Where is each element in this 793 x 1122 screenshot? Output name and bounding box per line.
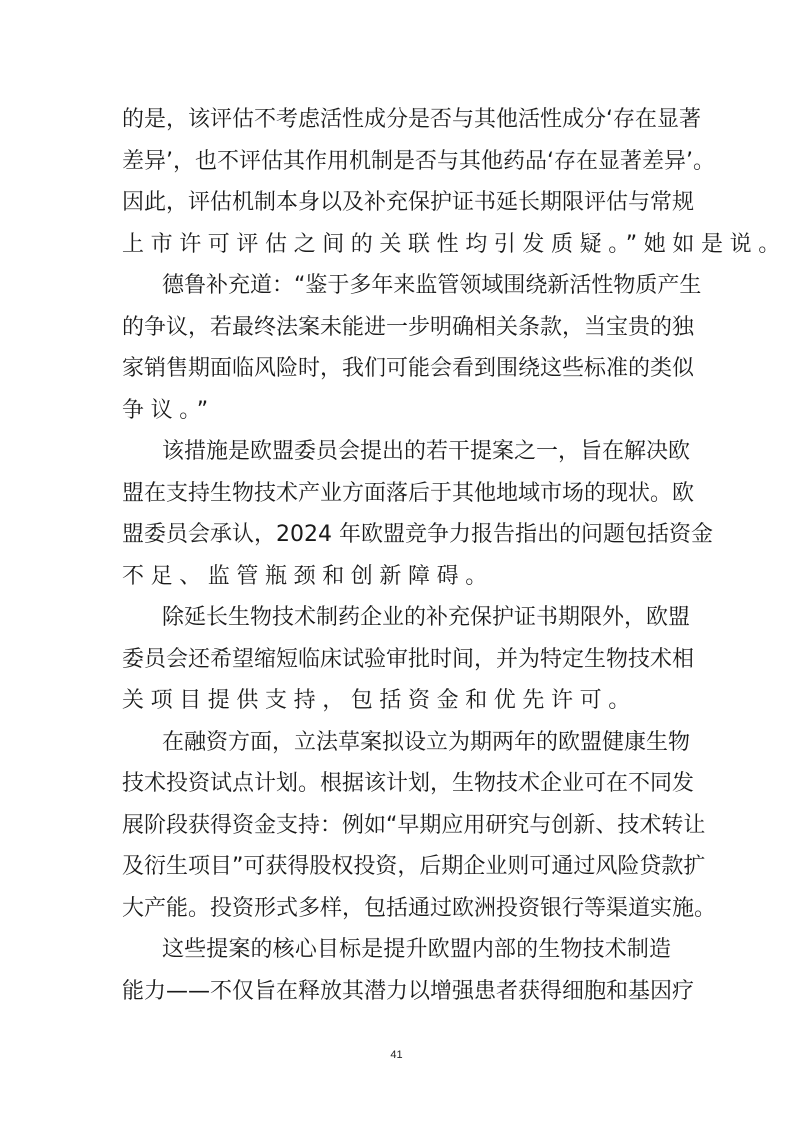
text-line: 除延长生物技术制药企业的补充保护证书期限外，欧盟 (122, 597, 671, 639)
text-line: 技术投资试点计划。根据该计划，生物技术企业可在不同发 (122, 763, 671, 805)
text-line: 及衍生项目”可获得股权投资，后期企业则可通过风险贷款扩 (122, 846, 671, 888)
text-line: 大产能。投资形式多样，包括通过欧洲投资银行等渠道实施。 (122, 888, 671, 930)
text-line: 的争议，若最终法案未能进一步明确相关条款，当宝贵的独 (122, 307, 671, 349)
paragraph-5: 在融资方面，立法草案拟设立为期两年的欧盟健康生物 技术投资试点计划。根据该计划，… (122, 722, 671, 930)
text-line: 盟委员会承认，2024 年欧盟竞争力报告指出的问题包括资金 (122, 514, 671, 556)
paragraph-6: 这些提案的核心目标是提升欧盟内部的生物技术制造 能力——不仅旨在释放其潜力以增强… (122, 929, 671, 1012)
text-line: 关项目提供支持，包括资金和优先许可。 (122, 680, 671, 722)
text-line: 盟在支持生物技术产业方面落后于其他地域市场的现状。欧 (122, 473, 671, 515)
text-line: 差异’，也不评估其作用机制是否与其他药品‘存在显著差异’。 (122, 141, 671, 183)
document-page: 的是，该评估不考虑活性成分是否与其他活性成分‘存在显著 差异’，也不评估其作用机… (0, 0, 793, 1122)
paragraph-2: 德鲁补充道：“鉴于多年来监管领域围绕新活性物质产生 的争议，若最终法案未能进一步… (122, 265, 671, 431)
paragraph-3: 该措施是欧盟委员会提出的若干提案之一，旨在解决欧 盟在支持生物技术产业方面落后于… (122, 431, 671, 597)
text-line: 家销售期面临风险时，我们可能会看到围绕这些标准的类似 (122, 348, 671, 390)
page-number: 41 (0, 1049, 793, 1061)
text-line: 争议。” (122, 390, 671, 432)
paragraph-1: 的是，该评估不考虑活性成分是否与其他活性成分‘存在显著 差异’，也不评估其作用机… (122, 99, 671, 265)
text-line: 不足、监管瓶颈和创新障碍。 (122, 556, 671, 598)
text-line: 这些提案的核心目标是提升欧盟内部的生物技术制造 (122, 929, 671, 971)
text-line: 该措施是欧盟委员会提出的若干提案之一，旨在解决欧 (122, 431, 671, 473)
text-line: 的是，该评估不考虑活性成分是否与其他活性成分‘存在显著 (122, 99, 671, 141)
paragraph-4: 除延长生物技术制药企业的补充保护证书期限外，欧盟 委员会还希望缩短临床试验审批时… (122, 597, 671, 722)
text-line: 展阶段获得资金支持：例如“早期应用研究与创新、技术转让 (122, 805, 671, 847)
text-line: 委员会还希望缩短临床试验审批时间，并为特定生物技术相 (122, 639, 671, 681)
text-line: 上市许可评估之间的关联性均引发质疑。”她如是说。 (122, 224, 671, 266)
text-line: 能力——不仅旨在释放其潜力以增强患者获得细胞和基因疗 (122, 971, 671, 1013)
text-line: 因此，评估机制本身以及补充保护证书延长期限评估与常规 (122, 182, 671, 224)
text-line: 在融资方面，立法草案拟设立为期两年的欧盟健康生物 (122, 722, 671, 764)
body-text: 的是，该评估不考虑活性成分是否与其他活性成分‘存在显著 差异’，也不评估其作用机… (122, 99, 671, 1012)
text-line: 德鲁补充道：“鉴于多年来监管领域围绕新活性物质产生 (122, 265, 671, 307)
